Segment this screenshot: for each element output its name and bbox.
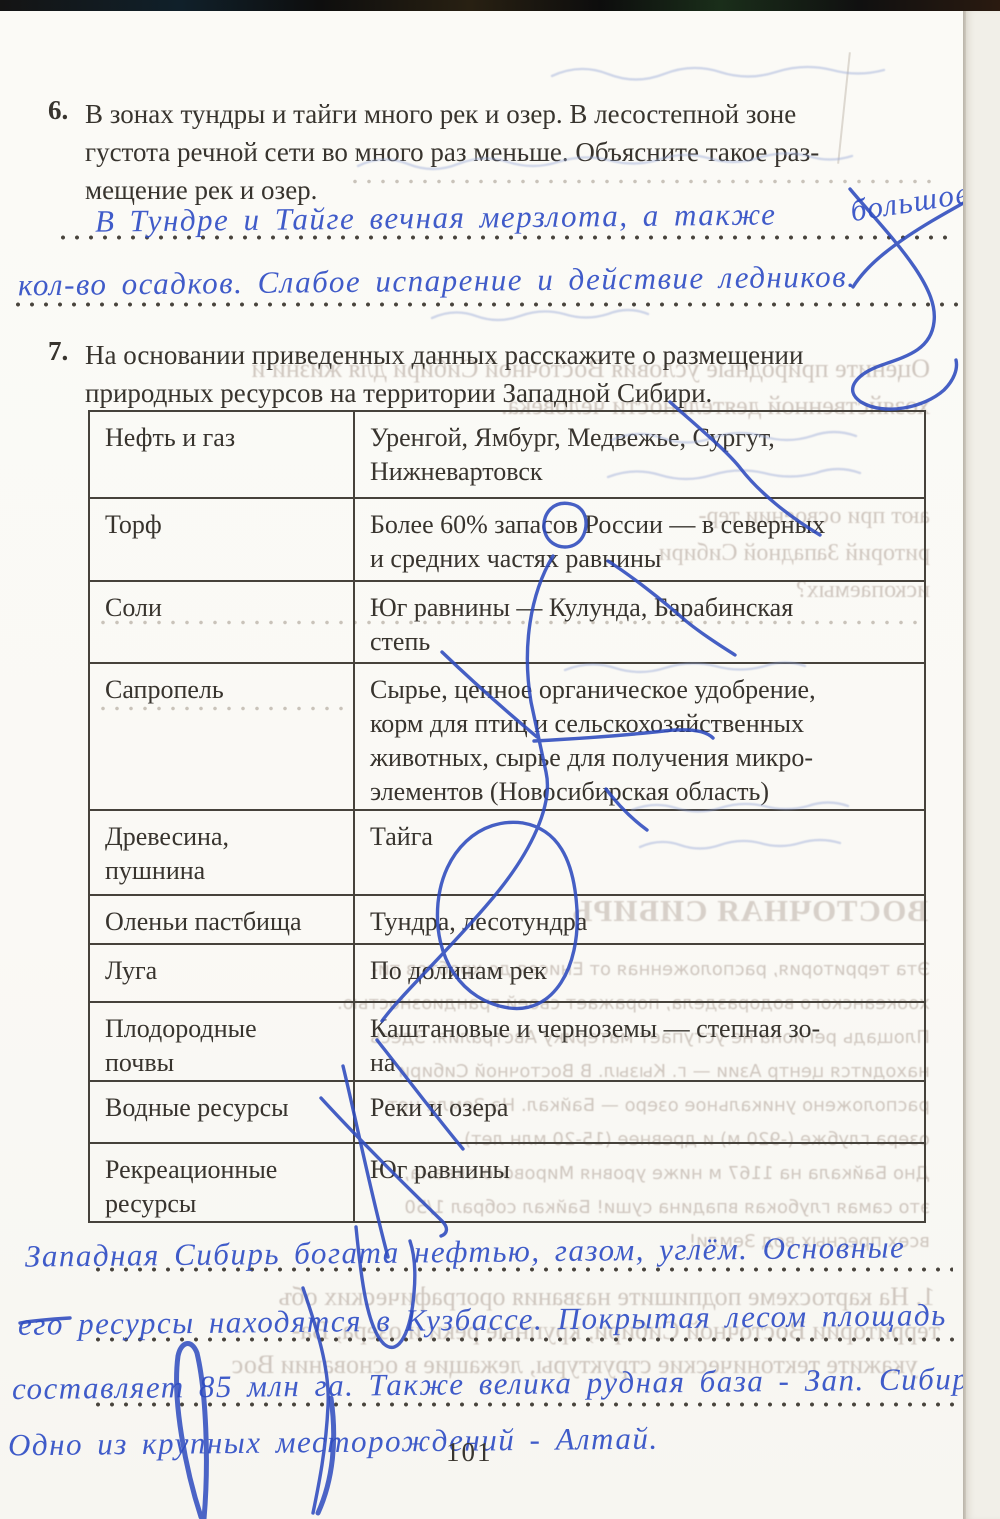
resource-value: Юг равнины <box>354 1143 925 1222</box>
scan-top-strip <box>0 0 1000 11</box>
workbook-page: Оцените природные условия Восточной Сиби… <box>0 0 1000 1519</box>
question-7-number: 7. <box>48 336 68 367</box>
answer-dotted-line-2 <box>15 301 990 308</box>
resource-label: Водные ресурсы <box>89 1081 354 1143</box>
resource-value: Каштановые и черноземы — степная зо- на <box>354 1002 925 1081</box>
next-page-strip <box>966 11 1000 1519</box>
table-row: Древесина, пушнинаТайга <box>89 810 925 895</box>
table-row: Плодородные почвыКаштановые и черноземы … <box>89 1002 925 1081</box>
resource-value: Юг равнины — Кулунда, Барабинская степь <box>354 581 925 663</box>
resource-value: Тайга <box>354 810 925 895</box>
resource-label: Соли <box>89 581 354 663</box>
resources-table: Нефть и газУренгой, Ямбург, Медвежье, Су… <box>88 410 926 1223</box>
resource-label: Нефть и газ <box>89 411 354 498</box>
resource-value: По долинам рек <box>354 944 925 1002</box>
resource-value: Уренгой, Ямбург, Медвежье, Сургут, Нижне… <box>354 411 925 498</box>
table-row: Рекреационные ресурсыЮг равнины <box>89 1143 925 1222</box>
handwritten-answer7-line-4: Одно из крупных месторождений - Алтай. <box>8 1421 659 1464</box>
handwritten-answer6-line-2: кол-во осадков. Слабое испарение и дейст… <box>18 259 857 304</box>
resource-value: Реки и озера <box>354 1081 925 1143</box>
table-row: Оленьи пастбищаТундра, лесотундра <box>89 895 925 944</box>
resource-label: Сапропель <box>89 663 354 810</box>
table-row: Нефть и газУренгой, Ямбург, Медвежье, Су… <box>89 411 925 498</box>
resource-label: Плодородные почвы <box>89 1002 354 1081</box>
resource-value: Тундра, лесотундра <box>354 895 925 944</box>
question-7-text: На основании приведенных данных расскажи… <box>85 336 930 412</box>
resource-label: Оленьи пастбища <box>89 895 354 944</box>
page-number: 101 <box>446 1437 493 1468</box>
resource-value: Сырье, ценное органическое удобрение, ко… <box>354 663 925 810</box>
resource-label: Рекреационные ресурсы <box>89 1143 354 1222</box>
resource-label: Луга <box>89 944 354 1002</box>
resource-label: Древесина, пушнина <box>89 810 354 895</box>
table-row: СолиЮг равнины — Кулунда, Барабинская ст… <box>89 581 925 663</box>
question-6-text: В зонах тундры и тайги много рек и озер.… <box>85 95 920 209</box>
handwritten-answer6-line-1: В Тундре и Тайге вечная мерзлота, а такж… <box>95 196 777 239</box>
table-row: ТорфБолее 60% запасов России — в северны… <box>89 498 925 581</box>
table-row: СапропельСырье, ценное органическое удоб… <box>89 663 925 810</box>
resource-value: Более 60% запасов России — в северных и … <box>354 498 925 581</box>
table-row: ЛугаПо долинам рек <box>89 944 925 1002</box>
table-row: Водные ресурсыРеки и озера <box>89 1081 925 1143</box>
question-6-number: 6. <box>48 95 68 126</box>
resource-label: Торф <box>89 498 354 581</box>
